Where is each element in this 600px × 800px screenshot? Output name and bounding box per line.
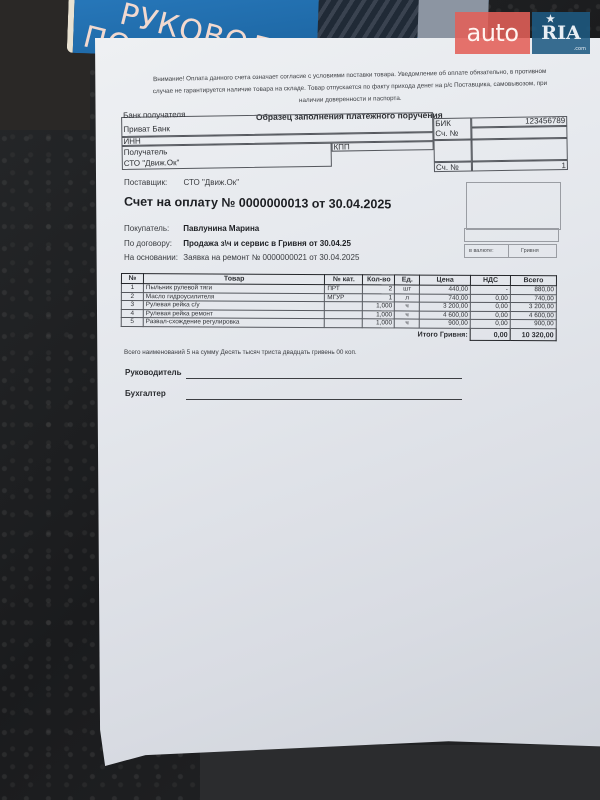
kpp-label: КПП — [334, 142, 350, 151]
contract-label: По договору: — [124, 239, 181, 248]
cell-qty: 1,000 — [363, 311, 395, 320]
bank-label: Банк получателя — [123, 110, 185, 120]
buyer-label: Покупатель: — [124, 224, 181, 233]
cell-cat — [325, 319, 363, 328]
amount-in-words: Всего наименований 5 на сумму Десять тыс… — [124, 349, 357, 356]
logo-ria-text: RIA — [541, 22, 580, 44]
cell-unit: ч — [395, 319, 420, 328]
cell-num: 1 — [121, 284, 143, 293]
logo-auto: auto — [455, 12, 530, 54]
cell-vat: - — [471, 285, 511, 294]
cell-unit: ч — [395, 302, 420, 311]
goods-table-body: 1Пыльник рулевой тягиПРТ2шт440,00-880,00… — [121, 284, 556, 329]
cell-price: 740,00 — [420, 294, 471, 303]
director-label: Руководитель — [125, 368, 182, 377]
cell-total: 740,00 — [510, 294, 556, 303]
col-price: Цена — [420, 275, 471, 285]
cell-price: 3 200,00 — [420, 302, 471, 311]
cell-total: 900,00 — [510, 320, 556, 329]
currency-box: в валюте: Гривня — [464, 244, 557, 258]
goods-table: № Товар № кат. Кол-во Ед. Цена НДС Всего… — [121, 273, 557, 341]
account-1-label: Сч. № — [435, 129, 458, 138]
cell-total: 880,00 — [510, 286, 556, 295]
col-vat: НДС — [471, 275, 511, 285]
supplier-value: СТО "Движ.Ок" — [183, 178, 239, 187]
star-icon: ★ — [546, 14, 555, 25]
currency-divider — [508, 245, 509, 257]
bik-value: 123456789 — [525, 116, 565, 126]
buyer-value: Павлунина Марина — [183, 224, 259, 233]
cell-qty: 2 — [363, 285, 395, 294]
stamp-box — [466, 182, 561, 230]
invoice-document: Внимание! Оплата данного счета означает … — [0, 0, 600, 800]
accountant-label: Бухгалтер — [125, 389, 166, 398]
basis-value: Заявка на ремонт № 0000000021 от 30.04.2… — [183, 253, 359, 262]
invoice-title: Счет на оплату № 0000000013 от 30.04.202… — [124, 195, 391, 212]
cell-num: 4 — [121, 309, 143, 318]
cell-cat — [325, 310, 363, 319]
cell-qty: 1 — [363, 293, 395, 302]
cell-num: 3 — [121, 301, 143, 310]
cell-total: 4 600,00 — [510, 311, 556, 320]
recipient-label: Получатель — [124, 147, 168, 157]
account-2-value: 1 — [561, 161, 566, 170]
cell-cat — [325, 302, 363, 311]
col-unit: Ед. — [395, 275, 420, 285]
bank-name: Приват Банк — [123, 124, 170, 134]
account-2-value-cell — [472, 160, 568, 172]
supplier-label: Поставщик: — [124, 178, 167, 187]
cell-unit: л — [395, 294, 420, 303]
currency-value: Гривня — [521, 248, 539, 254]
cell-price: 4 600,00 — [420, 311, 471, 320]
cell-price: 900,00 — [419, 319, 470, 328]
cell-qty: 1,000 — [363, 319, 395, 328]
cell-vat: 0,00 — [470, 311, 510, 320]
cell-vat: 0,00 — [470, 303, 510, 312]
col-qty: Кол-во — [363, 275, 395, 285]
logo-ria: ★ RIA .com — [532, 12, 590, 54]
total-vat: 0,00 — [470, 328, 510, 340]
basis-row: На основании: Заявка на ремонт № 0000000… — [124, 253, 359, 262]
autoria-watermark: auto ★ RIA .com — [455, 12, 590, 54]
supplier-row: Поставщик: СТО "Движ.Ок" — [124, 178, 239, 187]
buyer-row: Покупатель: Павлунина Марина — [124, 224, 259, 233]
empty-cell — [433, 139, 471, 162]
cell-name: Развал-схождение регулировка — [143, 318, 325, 328]
cell-vat: 0,00 — [470, 320, 510, 329]
bik-label: БИК — [435, 119, 451, 128]
cell-unit: ч — [395, 311, 420, 320]
total-sum: 10 320,00 — [510, 329, 556, 341]
recipient-name: СТО "Движ.Ок" — [124, 158, 180, 168]
payment-sample-block: Банк получателя Приват Банк ИНН Получате… — [121, 104, 569, 177]
contract-row: По договору: Продажа з\ч и сервис в Грив… — [124, 239, 351, 248]
col-total: Всего — [510, 276, 556, 286]
cell-qty: 1,000 — [363, 302, 395, 311]
cell-num: 2 — [121, 292, 143, 301]
total-label: Итого Гривня: — [121, 326, 470, 340]
cell-cat: МГУР — [325, 293, 363, 302]
cell-unit: шт — [395, 285, 420, 294]
account-2-label: Сч. № — [436, 163, 459, 172]
cell-vat: 0,00 — [470, 294, 510, 303]
col-num: № — [121, 274, 143, 284]
basis-label: На основании: — [124, 253, 181, 262]
cell-price: 440,00 — [420, 285, 471, 294]
logo-ria-suffix: .com — [574, 46, 586, 52]
accountant-signature-line — [186, 399, 462, 400]
cell-cat: ПРТ — [325, 285, 363, 294]
empty-cell — [471, 138, 567, 162]
col-catalog: № кат. — [325, 275, 363, 285]
cell-num: 5 — [121, 318, 143, 327]
inn-label: ИНН — [123, 137, 140, 146]
contract-value: Продажа з\ч и сервис в Гривня от 30.04.2… — [183, 239, 351, 248]
cell-total: 3 200,00 — [510, 303, 556, 312]
stamp-box-lower — [464, 228, 559, 242]
goods-table-total-row: Итого Гривня: 0,00 10 320,00 — [121, 326, 556, 340]
currency-label: в валюте: — [469, 248, 494, 254]
payment-notice: Внимание! Оплата данного счета означает … — [150, 66, 551, 110]
director-signature-line — [186, 378, 462, 379]
